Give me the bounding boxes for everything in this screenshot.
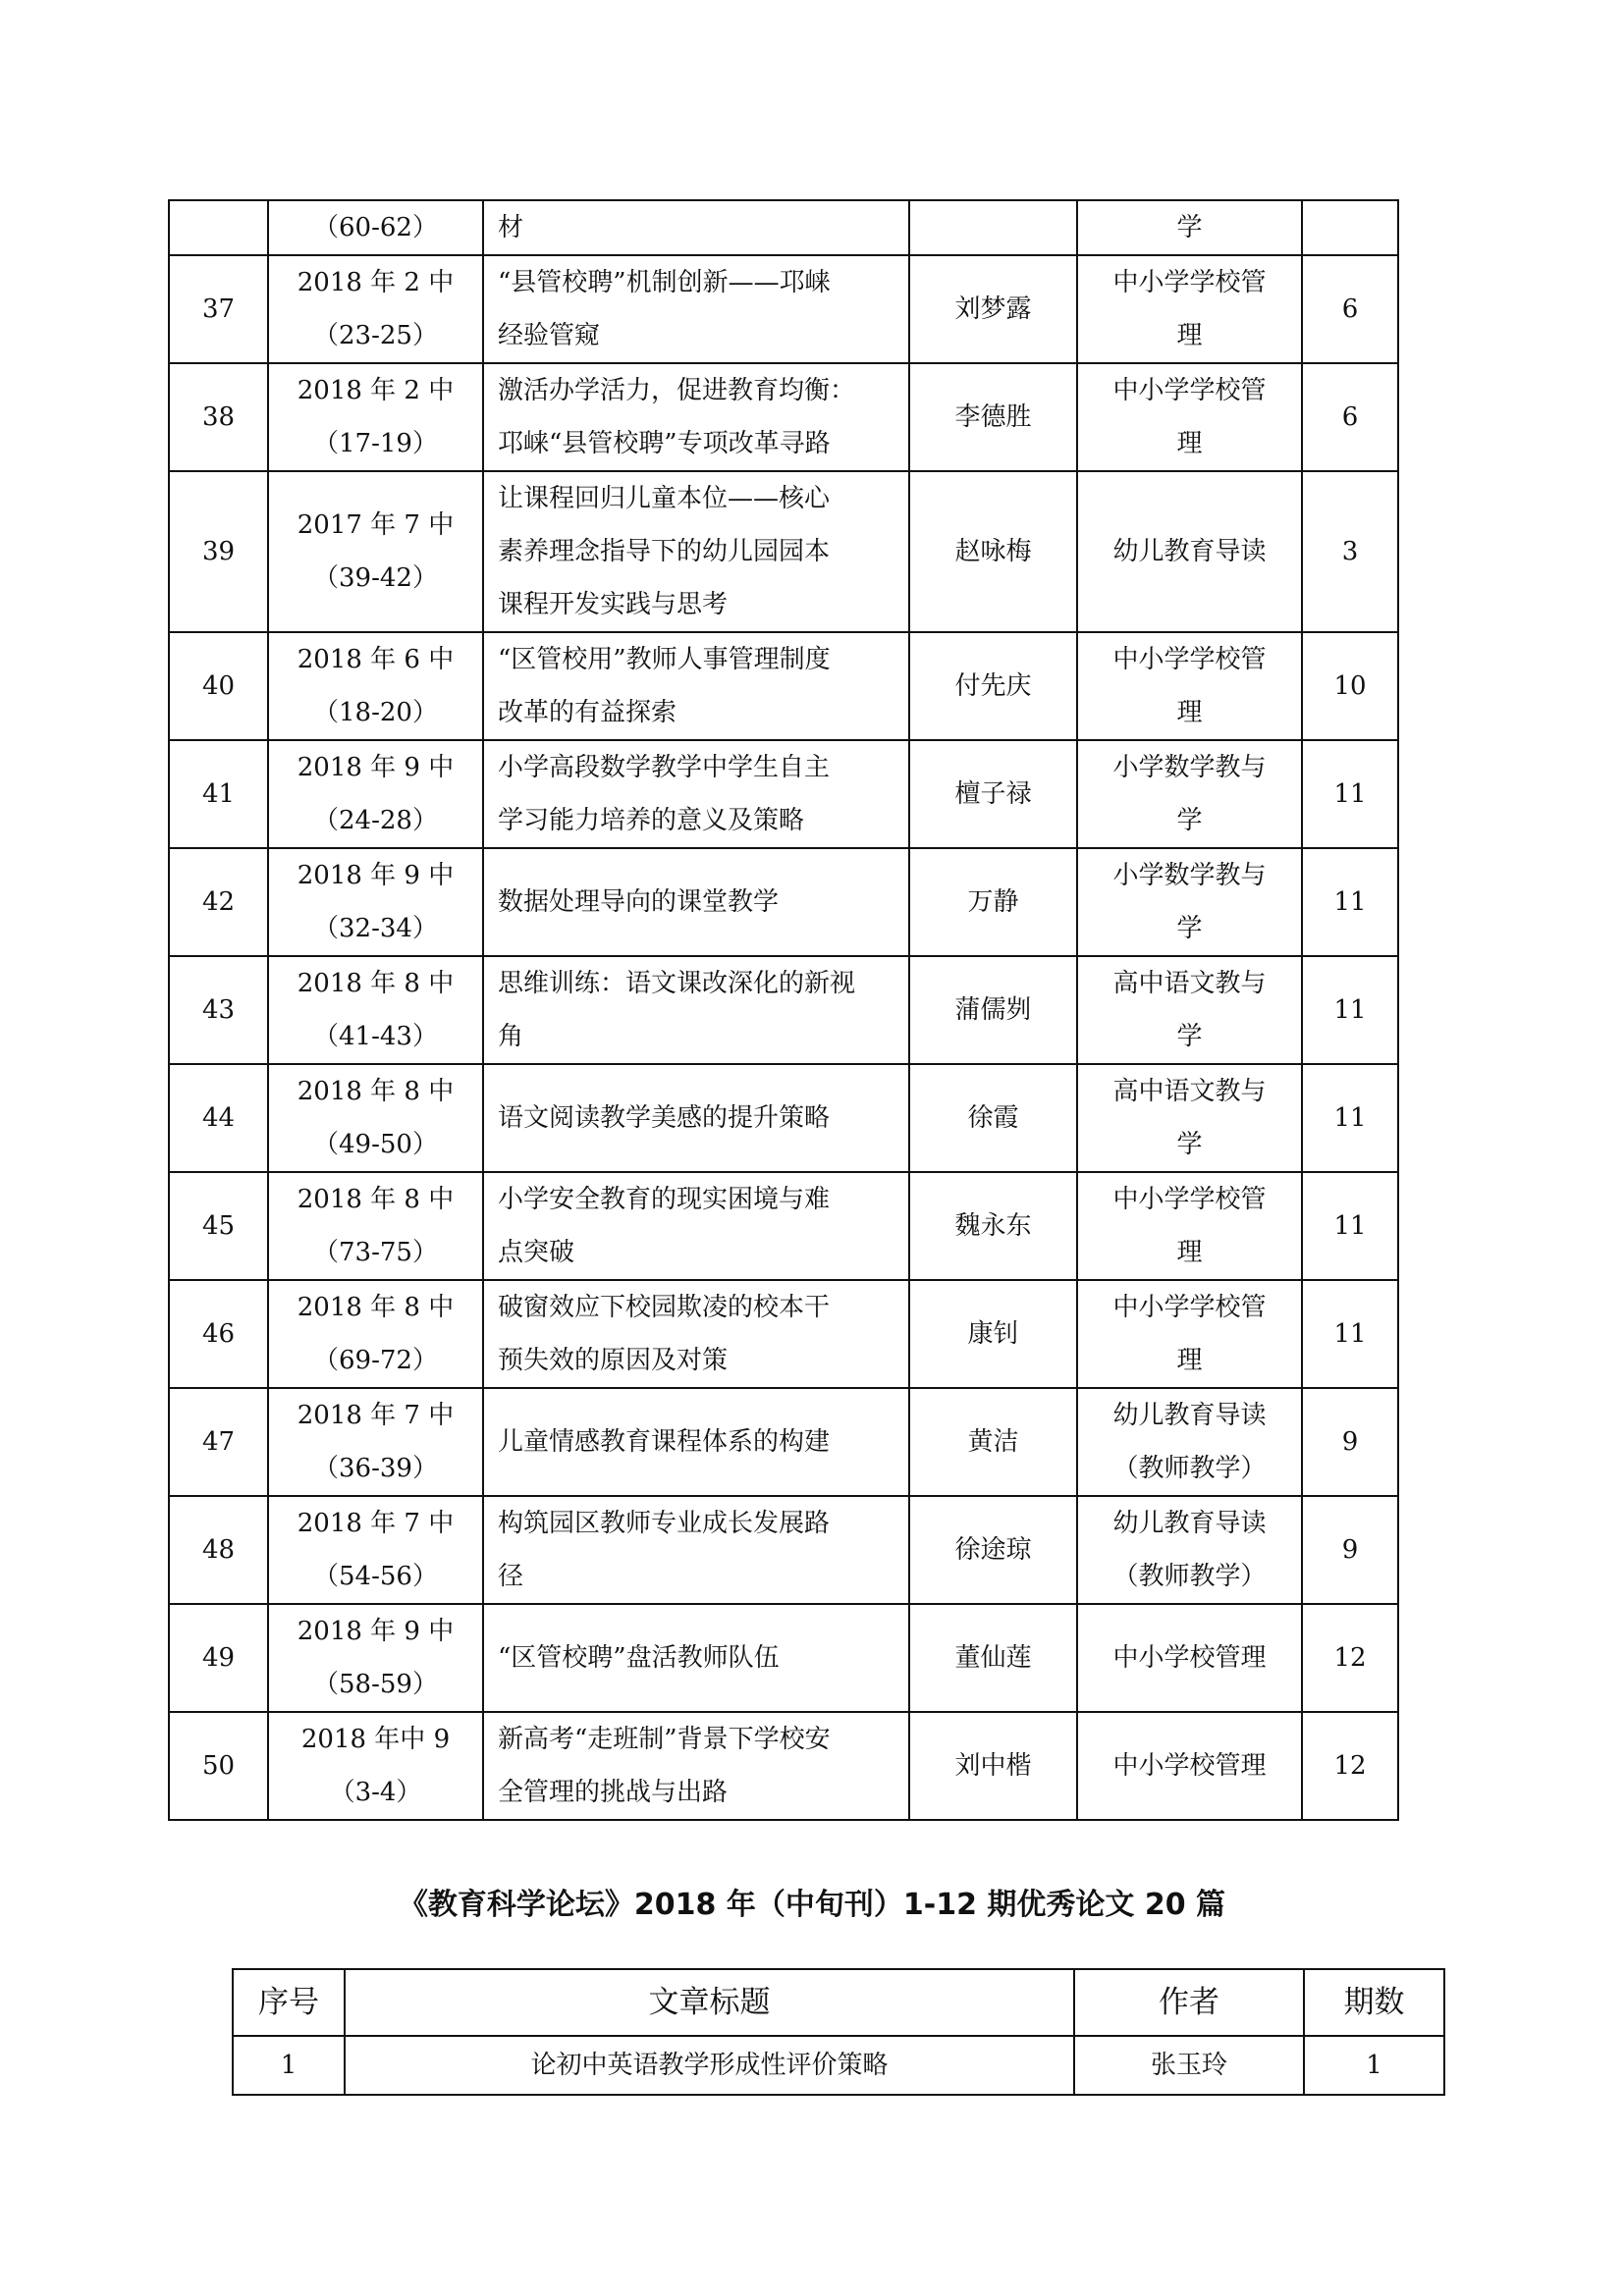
- cell-award: 9: [1302, 1388, 1398, 1496]
- cell-author: 赵咏梅: [909, 471, 1077, 632]
- cell-issue-line: （23-25）: [275, 309, 476, 362]
- cell-no: 41: [169, 740, 268, 848]
- cell-issue: 2018 年中 9（3-4）: [268, 1712, 483, 1820]
- cell-column: 小学数学教与学: [1077, 848, 1302, 956]
- cell-column-line: 理: [1084, 417, 1295, 470]
- cell-title: 论初中英语教学形成性评价策略: [345, 2036, 1074, 2095]
- cell-column: 高中语文教与学: [1077, 1064, 1302, 1172]
- cell-issue-line: （69-72）: [275, 1334, 476, 1387]
- cell-column-line: 中小学学校管: [1084, 1281, 1295, 1334]
- cell-author: 万静: [909, 848, 1077, 956]
- cell-issue: （60-62）: [268, 200, 483, 255]
- cell-title-line: “区管校用”教师人事管理制度: [498, 633, 902, 686]
- cell-issue-line: （17-19）: [275, 417, 476, 470]
- cell-title-line: 数据处理导向的课堂教学: [498, 876, 902, 929]
- cell-column: 小学数学教与学: [1077, 740, 1302, 848]
- cell-title-line: 素养理念指导下的幼儿园园本: [498, 525, 902, 578]
- cell-title-line: 点突破: [498, 1226, 902, 1279]
- cell-column-line: 学: [1084, 902, 1295, 955]
- cell-no: 46: [169, 1280, 268, 1388]
- cell-no: 47: [169, 1388, 268, 1496]
- cell-issue: 2018 年 2 中（17-19）: [268, 363, 483, 471]
- cell-column: 中小学学校管理: [1077, 1280, 1302, 1388]
- cell-author: 黄洁: [909, 1388, 1077, 1496]
- cell-issue: 2018 年 2 中（23-25）: [268, 255, 483, 363]
- cell-author: [909, 200, 1077, 255]
- cell-title-line: 构筑园区教师专业成长发展路: [498, 1497, 902, 1550]
- cell-column-line: 小学数学教与: [1084, 849, 1295, 902]
- cell-title: 破窗效应下校园欺凌的校本干预失效的原因及对策: [483, 1280, 909, 1388]
- cell-award: 11: [1302, 740, 1398, 848]
- cell-column-line: 幼儿教育导读: [1084, 1497, 1295, 1550]
- cell-issue-line: 2018 年 2 中: [275, 364, 476, 417]
- cell-title-line: “县管校聘”机制创新——邛崃: [498, 256, 902, 309]
- cell-author: 董仙莲: [909, 1604, 1077, 1712]
- table-row-continued: （60-62）材学: [169, 200, 1398, 255]
- cell-author: 张玉玲: [1074, 2036, 1304, 2095]
- cell-issue-line: 2017 年 7 中: [275, 499, 476, 552]
- cell-award: 11: [1302, 848, 1398, 956]
- cell-award: 11: [1302, 1280, 1398, 1388]
- cell-column-line: 学: [1084, 794, 1295, 847]
- cell-column-line: 幼儿教育导读: [1084, 1389, 1295, 1442]
- cell-column-line: 理: [1084, 1334, 1295, 1387]
- cell-title: 让课程回归儿童本位——核心素养理念指导下的幼儿园园本课程开发实践与思考: [483, 471, 909, 632]
- cell-author: 檀子禄: [909, 740, 1077, 848]
- cell-author: 魏永东: [909, 1172, 1077, 1280]
- cell-title: 新高考“走班制”背景下学校安全管理的挑战与出路: [483, 1712, 909, 1820]
- cell-title-line: 儿童情感教育课程体系的构建: [498, 1415, 902, 1468]
- cell-issue-line: 2018 年中 9: [275, 1713, 476, 1766]
- cell-title: 思维训练：语文课改深化的新视角: [483, 956, 909, 1064]
- cell-title: 儿童情感教育课程体系的构建: [483, 1388, 909, 1496]
- cell-title: 构筑园区教师专业成长发展路径: [483, 1496, 909, 1604]
- cell-award: 3: [1302, 471, 1398, 632]
- cell-title: “县管校聘”机制创新——邛崃经验管窥: [483, 255, 909, 363]
- table-row: 382018 年 2 中（17-19）激活办学活力，促进教育均衡：邛崃“县管校聘…: [169, 363, 1398, 471]
- cell-award: 11: [1302, 956, 1398, 1064]
- table-row: 412018 年 9 中（24-28）小学高段数学教学中学生自主学习能力培养的意…: [169, 740, 1398, 848]
- cell-no: 37: [169, 255, 268, 363]
- cell-column-line: 理: [1084, 309, 1295, 362]
- cell-title-line: 让课程回归儿童本位——核心: [498, 472, 902, 525]
- cell-column: 中小学学校管理: [1077, 1172, 1302, 1280]
- table-row: 392017 年 7 中（39-42）让课程回归儿童本位——核心素养理念指导下的…: [169, 471, 1398, 632]
- cell-no: 49: [169, 1604, 268, 1712]
- cell-issue-line: 2018 年 9 中: [275, 1605, 476, 1658]
- cell-column: 中小学学校管理: [1077, 632, 1302, 740]
- table-row: 492018 年 9 中（58-59）“区管校聘”盘活教师队伍董仙莲中小学校管理…: [169, 1604, 1398, 1712]
- cell-title-line: 小学高段数学教学中学生自主: [498, 741, 902, 794]
- cell-column-line: 理: [1084, 686, 1295, 739]
- header-title: 文章标题: [345, 1969, 1074, 2036]
- cell-author: 刘中楷: [909, 1712, 1077, 1820]
- cell-column: 幼儿教育导读（教师教学）: [1077, 1496, 1302, 1604]
- cell-column: 高中语文教与学: [1077, 956, 1302, 1064]
- cell-column-line: 学: [1084, 1118, 1295, 1171]
- cell-issue-line: 2018 年 8 中: [275, 957, 476, 1010]
- cell-title-line: 角: [498, 1010, 902, 1063]
- cell-award: 12: [1302, 1604, 1398, 1712]
- table-row: 432018 年 8 中（41-43）思维训练：语文课改深化的新视角蒲儒刿高中语…: [169, 956, 1398, 1064]
- cell-issue-line: （32-34）: [275, 902, 476, 955]
- table-row: 472018 年 7 中（36-39）儿童情感教育课程体系的构建黄洁幼儿教育导读…: [169, 1388, 1398, 1496]
- cell-title-line: 改革的有益探索: [498, 686, 902, 739]
- cell-issue: 2018 年 8 中（73-75）: [268, 1172, 483, 1280]
- cell-award: 9: [1302, 1496, 1398, 1604]
- cell-issue-line: （18-20）: [275, 686, 476, 739]
- cell-issue-line: （24-28）: [275, 794, 476, 847]
- cell-no: 40: [169, 632, 268, 740]
- cell-award: 10: [1302, 632, 1398, 740]
- table-row: 502018 年中 9（3-4）新高考“走班制”背景下学校安全管理的挑战与出路刘…: [169, 1712, 1398, 1820]
- cell-title: 数据处理导向的课堂教学: [483, 848, 909, 956]
- cell-column-line: 中小学校管理: [1084, 1631, 1295, 1684]
- cell-issue-line: 2018 年 2 中: [275, 256, 476, 309]
- cell-title-line: 学习能力培养的意义及策略: [498, 794, 902, 847]
- cell-issue-line: 2018 年 8 中: [275, 1065, 476, 1118]
- table-header-row: 序号 文章标题 作者 期数: [233, 1969, 1444, 2036]
- cell-issue: 2018 年 6 中（18-20）: [268, 632, 483, 740]
- cell-issue: 2018 年 9 中（32-34）: [268, 848, 483, 956]
- cell-issue: 2018 年 8 中（69-72）: [268, 1280, 483, 1388]
- section-title: 《教育科学论坛》2018 年（中旬刊）1-12 期优秀论文 20 篇: [0, 1880, 1624, 1923]
- cell-title-line: 思维训练：语文课改深化的新视: [498, 957, 902, 1010]
- cell-issue: 2018 年 7 中（54-56）: [268, 1496, 483, 1604]
- cell-title-line: 材: [498, 201, 902, 254]
- cell-no: 42: [169, 848, 268, 956]
- cell-title-line: 破窗效应下校园欺凌的校本干: [498, 1281, 902, 1334]
- cell-no: 1: [233, 2036, 345, 2095]
- cell-issue-line: 2018 年 9 中: [275, 741, 476, 794]
- cell-author: 付先庆: [909, 632, 1077, 740]
- cell-issue-line: （36-39）: [275, 1442, 476, 1495]
- cell-title: 材: [483, 200, 909, 255]
- cell-no: [169, 200, 268, 255]
- cell-column: 幼儿教育导读（教师教学）: [1077, 1388, 1302, 1496]
- cell-title-line: 语文阅读教学美感的提升策略: [498, 1092, 902, 1145]
- cell-author: 康钊: [909, 1280, 1077, 1388]
- cell-title: 激活办学活力，促进教育均衡：邛崃“县管校聘”专项改革寻路: [483, 363, 909, 471]
- cell-issue-line: （49-50）: [275, 1118, 476, 1171]
- cell-issue: 2018 年 8 中（41-43）: [268, 956, 483, 1064]
- cell-no: 43: [169, 956, 268, 1064]
- cell-column-line: （教师教学）: [1084, 1550, 1295, 1603]
- cell-issue: 2018 年 7 中（36-39）: [268, 1388, 483, 1496]
- cell-issue-line: （73-75）: [275, 1226, 476, 1279]
- cell-title: “区管校用”教师人事管理制度改革的有益探索: [483, 632, 909, 740]
- cell-author: 刘梦露: [909, 255, 1077, 363]
- cell-no: 50: [169, 1712, 268, 1820]
- cell-award: 12: [1302, 1712, 1398, 1820]
- cell-issue: 2018 年 9 中（58-59）: [268, 1604, 483, 1712]
- cell-author: 徐霞: [909, 1064, 1077, 1172]
- table-row: 1 论初中英语教学形成性评价策略 张玉玲 1: [233, 2036, 1444, 2095]
- cell-no: 39: [169, 471, 268, 632]
- cell-column: 中小学学校管理: [1077, 255, 1302, 363]
- cell-award: 6: [1302, 255, 1398, 363]
- cell-column-line: 中小学学校管: [1084, 633, 1295, 686]
- table-row: 482018 年 7 中（54-56）构筑园区教师专业成长发展路径徐途琼幼儿教育…: [169, 1496, 1398, 1604]
- cell-column-line: 学: [1084, 201, 1295, 254]
- cell-column-line: 中小学学校管: [1084, 1173, 1295, 1226]
- cell-column-line: 小学数学教与: [1084, 741, 1295, 794]
- cell-no: 45: [169, 1172, 268, 1280]
- cell-column: 中小学校管理: [1077, 1712, 1302, 1820]
- cell-issue-line: （60-62）: [275, 201, 476, 254]
- cell-column-line: （教师教学）: [1084, 1442, 1295, 1495]
- cell-title-line: 邛崃“县管校聘”专项改革寻路: [498, 417, 902, 470]
- cell-title: 语文阅读教学美感的提升策略: [483, 1064, 909, 1172]
- cell-title-line: 径: [498, 1550, 902, 1603]
- table-row: 462018 年 8 中（69-72）破窗效应下校园欺凌的校本干预失效的原因及对…: [169, 1280, 1398, 1388]
- header-issue: 期数: [1304, 1969, 1444, 2036]
- header-author: 作者: [1074, 1969, 1304, 2036]
- cell-title-line: 预失效的原因及对策: [498, 1334, 902, 1387]
- cell-issue-line: 2018 年 8 中: [275, 1173, 476, 1226]
- cell-issue-line: （58-59）: [275, 1658, 476, 1711]
- cell-column: 中小学学校管理: [1077, 363, 1302, 471]
- cell-award: [1302, 200, 1398, 255]
- cell-issue: 2018 年 9 中（24-28）: [268, 740, 483, 848]
- header-no: 序号: [233, 1969, 345, 2036]
- cell-column: 幼儿教育导读: [1077, 471, 1302, 632]
- cell-author: 蒲儒刿: [909, 956, 1077, 1064]
- cell-author: 李德胜: [909, 363, 1077, 471]
- cell-issue-line: 2018 年 7 中: [275, 1497, 476, 1550]
- cell-title-line: 新高考“走班制”背景下学校安: [498, 1713, 902, 1766]
- cell-column: 中小学校管理: [1077, 1604, 1302, 1712]
- cell-column-line: 中小学学校管: [1084, 256, 1295, 309]
- table-row: 442018 年 8 中（49-50）语文阅读教学美感的提升策略徐霞高中语文教与…: [169, 1064, 1398, 1172]
- cell-column-line: 高中语文教与: [1084, 957, 1295, 1010]
- cell-column-line: 理: [1084, 1226, 1295, 1279]
- cell-issue-line: （54-56）: [275, 1550, 476, 1603]
- cell-title-line: 经验管窥: [498, 309, 902, 362]
- table-row: 402018 年 6 中（18-20）“区管校用”教师人事管理制度改革的有益探索…: [169, 632, 1398, 740]
- cell-title-line: 小学安全教育的现实困境与难: [498, 1173, 902, 1226]
- cell-column: 学: [1077, 200, 1302, 255]
- cell-author: 徐途琼: [909, 1496, 1077, 1604]
- cell-column-line: 中小学校管理: [1084, 1739, 1295, 1792]
- cell-issue: 1: [1304, 2036, 1444, 2095]
- cell-issue-line: （3-4）: [275, 1766, 476, 1819]
- cell-issue: 2018 年 8 中（49-50）: [268, 1064, 483, 1172]
- cell-column-line: 高中语文教与: [1084, 1065, 1295, 1118]
- cell-title: 小学高段数学教学中学生自主学习能力培养的意义及策略: [483, 740, 909, 848]
- cell-issue-line: 2018 年 8 中: [275, 1281, 476, 1334]
- cell-title-line: 课程开发实践与思考: [498, 578, 902, 631]
- cell-award: 6: [1302, 363, 1398, 471]
- cell-issue-line: （41-43）: [275, 1010, 476, 1063]
- cell-title: 小学安全教育的现实困境与难点突破: [483, 1172, 909, 1280]
- cell-title: “区管校聘”盘活教师队伍: [483, 1604, 909, 1712]
- cell-column-line: 幼儿教育导读: [1084, 525, 1295, 578]
- cell-award: 11: [1302, 1172, 1398, 1280]
- cell-no: 38: [169, 363, 268, 471]
- cell-title-line: 激活办学活力，促进教育均衡：: [498, 364, 902, 417]
- cell-column-line: 中小学学校管: [1084, 364, 1295, 417]
- cell-column-line: 学: [1084, 1010, 1295, 1063]
- table-row: 452018 年 8 中（73-75）小学安全教育的现实困境与难点突破魏永东中小…: [169, 1172, 1398, 1280]
- cell-award: 11: [1302, 1064, 1398, 1172]
- cell-title-line: “区管校聘”盘活教师队伍: [498, 1631, 902, 1684]
- table-row: 422018 年 9 中（32-34）数据处理导向的课堂教学万静小学数学教与学1…: [169, 848, 1398, 956]
- cell-issue-line: 2018 年 9 中: [275, 849, 476, 902]
- cell-issue-line: 2018 年 7 中: [275, 1389, 476, 1442]
- excellent-papers-table: 序号 文章标题 作者 期数 1 论初中英语教学形成性评价策略 张玉玲 1: [232, 1968, 1445, 2096]
- table-row: 372018 年 2 中（23-25）“县管校聘”机制创新——邛崃经验管窥刘梦露…: [169, 255, 1398, 363]
- cell-issue-line: 2018 年 6 中: [275, 633, 476, 686]
- cell-title-line: 全管理的挑战与出路: [498, 1766, 902, 1819]
- papers-table-continued: （60-62）材学372018 年 2 中（23-25）“县管校聘”机制创新——…: [168, 199, 1399, 1821]
- cell-no: 44: [169, 1064, 268, 1172]
- cell-issue-line: （39-42）: [275, 552, 476, 605]
- cell-issue: 2017 年 7 中（39-42）: [268, 471, 483, 632]
- cell-no: 48: [169, 1496, 268, 1604]
